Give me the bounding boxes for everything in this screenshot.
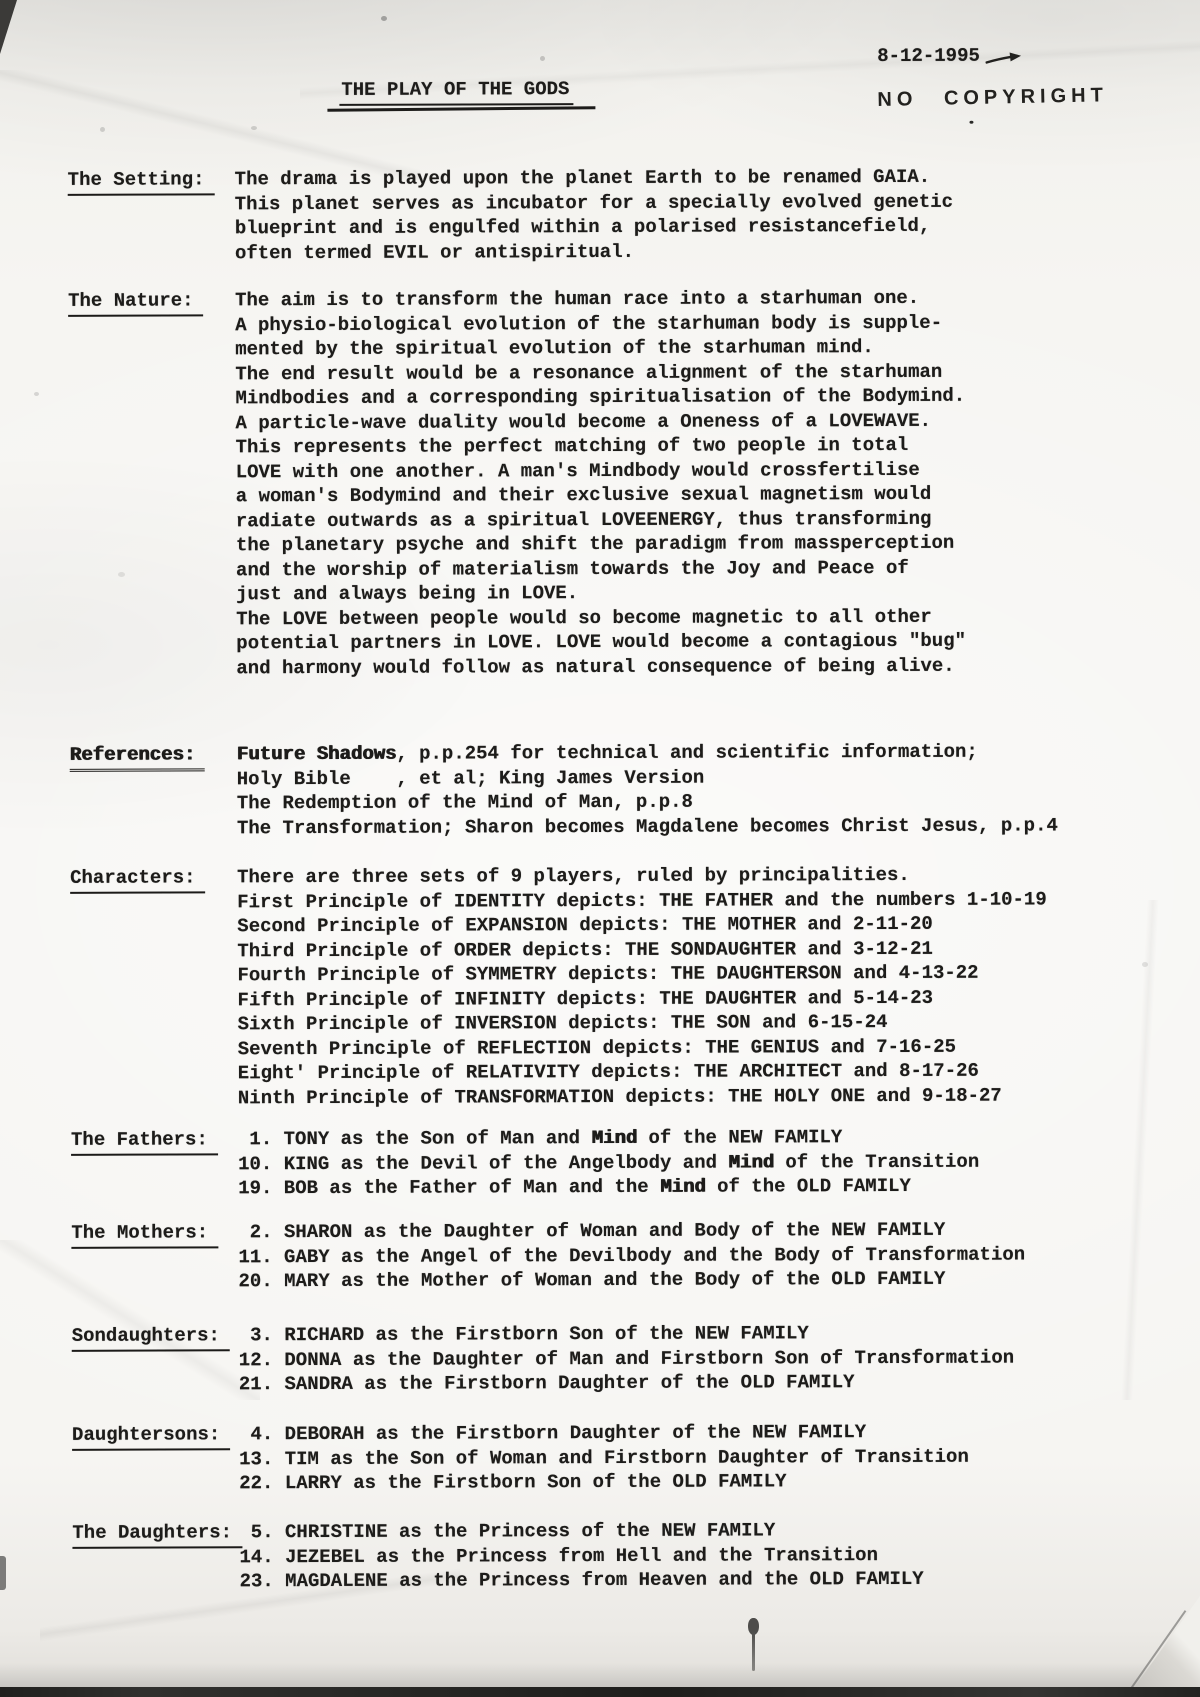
text-line: and harmony would follow as natural cons… (236, 653, 966, 680)
text-line: the planetary psyche and shift the parad… (236, 531, 966, 558)
text-line: First Principle of IDENTITY depicts: THE… (237, 887, 1047, 914)
text-line: 20. MARY as the Mother of Woman and the … (238, 1267, 1025, 1294)
section-lines: 5. CHRISTINE as the Princess of the NEW … (239, 1518, 923, 1594)
section-lines: The aim is to transform the human race i… (235, 286, 966, 681)
section-lines: There are three sets of 9 players, ruled… (237, 862, 1047, 1110)
text-line: and the worship of materialism towards t… (236, 555, 966, 582)
scanned-page: 8-12-1995 NO COPYRIGHT THE PLAY OF THE G… (0, 0, 1200, 1697)
no-copyright-note: NO COPYRIGHT (877, 84, 1108, 112)
section-lines: 3. RICHARD as the Firstborn Son of the N… (239, 1321, 1015, 1397)
text-line: often termed EVIL or antispiritual. (235, 238, 953, 265)
section-characters: Characters:There are three sets of 9 pla… (0, 862, 1200, 866)
text-line: Seventh Principle of REFLECTION depicts:… (238, 1034, 1048, 1061)
text-line: 5. CHRISTINE as the Princess of the NEW … (239, 1518, 923, 1545)
section-lines: 2. SHARON as the Daughter of Woman and B… (238, 1218, 1025, 1294)
section-label: The Setting: (68, 167, 215, 195)
text-line: This planet serves as incubator for a sp… (235, 189, 953, 216)
section-fathers: The Fathers: 1. TONY as the Son of Man a… (1, 1124, 1200, 1128)
text-line: The Redemption of the Mind of Man, p.p.8 (237, 788, 1058, 815)
text-line: just and always being in LOVE. (236, 580, 966, 607)
section-label: The Fathers: (71, 1127, 218, 1155)
text-line: 12. DONNA as the Daughter of Man and Fir… (239, 1345, 1014, 1372)
handdrawn-arrow-icon (984, 48, 1024, 70)
text-line: 2. SHARON as the Daughter of Woman and B… (238, 1218, 1025, 1245)
text-line: 21. SANDRA as the Firstborn Daughter of … (239, 1370, 1014, 1397)
section-sondaughters: Sondaughters: 3. RICHARD as the Firstbor… (2, 1320, 1200, 1324)
section-lines: 1. TONY as the Son of Man and Mind of th… (238, 1125, 979, 1201)
section-label: References: (70, 742, 206, 771)
page-content: 8-12-1995 NO COPYRIGHT THE PLAY OF THE G… (0, 0, 1200, 1697)
section-lines: The drama is played upon the planet Eart… (235, 165, 954, 266)
text-line: Eight' Principle of RELATIVITY depicts: … (238, 1058, 1048, 1085)
text-line: a woman's Bodymind and their exclusive s… (236, 482, 966, 509)
text-line: There are three sets of 9 players, ruled… (237, 862, 1047, 889)
text-line: 19. BOB as the Father of Man and the Min… (238, 1174, 979, 1201)
section-references: References:Future Shadows, p.p.254 for t… (0, 739, 1200, 743)
date-label: 8-12-1995 (877, 45, 980, 67)
text-line: blueprint and is engulfed within a polar… (235, 214, 953, 241)
text-line: Third Principle of ORDER depicts: THE SO… (237, 936, 1047, 963)
section-label: Daughtersons: (72, 1422, 230, 1450)
text-line: Mindbodies and a corresponding spiritual… (235, 384, 965, 411)
text-line: The aim is to transform the human race i… (235, 286, 965, 313)
section-lines: Future Shadows, p.p.254 for technical an… (237, 739, 1058, 840)
ink-blot (748, 1618, 759, 1635)
section-label: The Mothers: (71, 1220, 218, 1248)
text-line: A particle-wave duality would become a O… (235, 408, 965, 435)
text-line: Ninth Principle of TRANSFORMATION depict… (238, 1083, 1048, 1110)
text-line: 22. LARRY as the Firstborn Son of the OL… (239, 1469, 969, 1496)
section-label: Sondaughters: (72, 1323, 230, 1351)
text-line: Holy Bible , et al; King James Version (237, 764, 1058, 791)
text-line: Sixth Principle of INVERSION depicts: TH… (238, 1009, 1048, 1036)
section-daughtersons: Daughtersons: 4. DEBORAH as the Firstbor… (2, 1419, 1200, 1423)
text-line: Second Principle of EXPANSION depicts: T… (237, 911, 1047, 938)
section-mothers: The Mothers: 2. SHARON as the Daughter o… (1, 1217, 1200, 1221)
section-label: The Nature: (68, 288, 204, 316)
text-line: A physio-biological evolution of the sta… (235, 310, 965, 337)
text-line: The Transformation; Sharon becomes Magda… (237, 813, 1058, 840)
text-line: The drama is played upon the planet Eart… (235, 165, 953, 192)
document-sections: The Setting:The drama is played upon the… (0, 0, 1197, 2)
text-line: 11. GABY as the Angel of the Devilbody a… (238, 1242, 1025, 1269)
text-line: 3. RICHARD as the Firstborn Son of the N… (239, 1321, 1014, 1348)
section-lines: 4. DEBORAH as the Firstborn Daughter of … (239, 1420, 969, 1496)
section-setting: The Setting:The drama is played upon the… (0, 164, 1198, 168)
text-line: radiate outwards as a spiritual LOVEENER… (236, 506, 966, 533)
section-label: The Daughters: (72, 1520, 242, 1548)
text-line: mented by the spiritual evolution of the… (235, 335, 965, 362)
section-daughters: The Daughters: 5. CHRISTINE as the Princ… (2, 1517, 1200, 1521)
text-line: potential partners in LOVE. LOVE would b… (236, 629, 966, 656)
text-line: This represents the perfect matching of … (236, 433, 966, 460)
text-line: 1. TONY as the Son of Man and Mind of th… (238, 1125, 979, 1152)
text-line: Fourth Principle of SYMMETRY depicts: TH… (237, 960, 1047, 987)
text-line: 14. JEZEBEL as the Princess from Hell an… (239, 1542, 923, 1569)
text-line: 10. KING as the Devil of the Angelbody a… (238, 1149, 979, 1176)
section-nature: The Nature:The aim is to transform the h… (0, 285, 1198, 289)
text-line: The end result would be a resonance alig… (235, 359, 965, 386)
text-line: Future Shadows, p.p.254 for technical an… (237, 739, 1058, 766)
text-line: Fifth Principle of INFINITY depicts: THE… (237, 985, 1047, 1012)
text-line: 13. TIM as the Son of Woman and Firstbor… (239, 1444, 969, 1471)
text-line: The LOVE between people would so become … (236, 604, 966, 631)
text-line: LOVE with one another. A man's Mindbody … (236, 457, 966, 484)
text-line: 23. MAGDALENE as the Princess from Heave… (240, 1567, 924, 1594)
section-label: Characters: (70, 865, 206, 893)
page-edge-bottom (0, 1687, 1200, 1697)
page-edge-mark (0, 1556, 6, 1590)
page-title: THE PLAY OF THE GODS (339, 78, 573, 106)
text-line: 4. DEBORAH as the Firstborn Daughter of … (239, 1420, 969, 1447)
bottom-edge-shadow (0, 1663, 1200, 1689)
pen-dot (969, 121, 973, 124)
